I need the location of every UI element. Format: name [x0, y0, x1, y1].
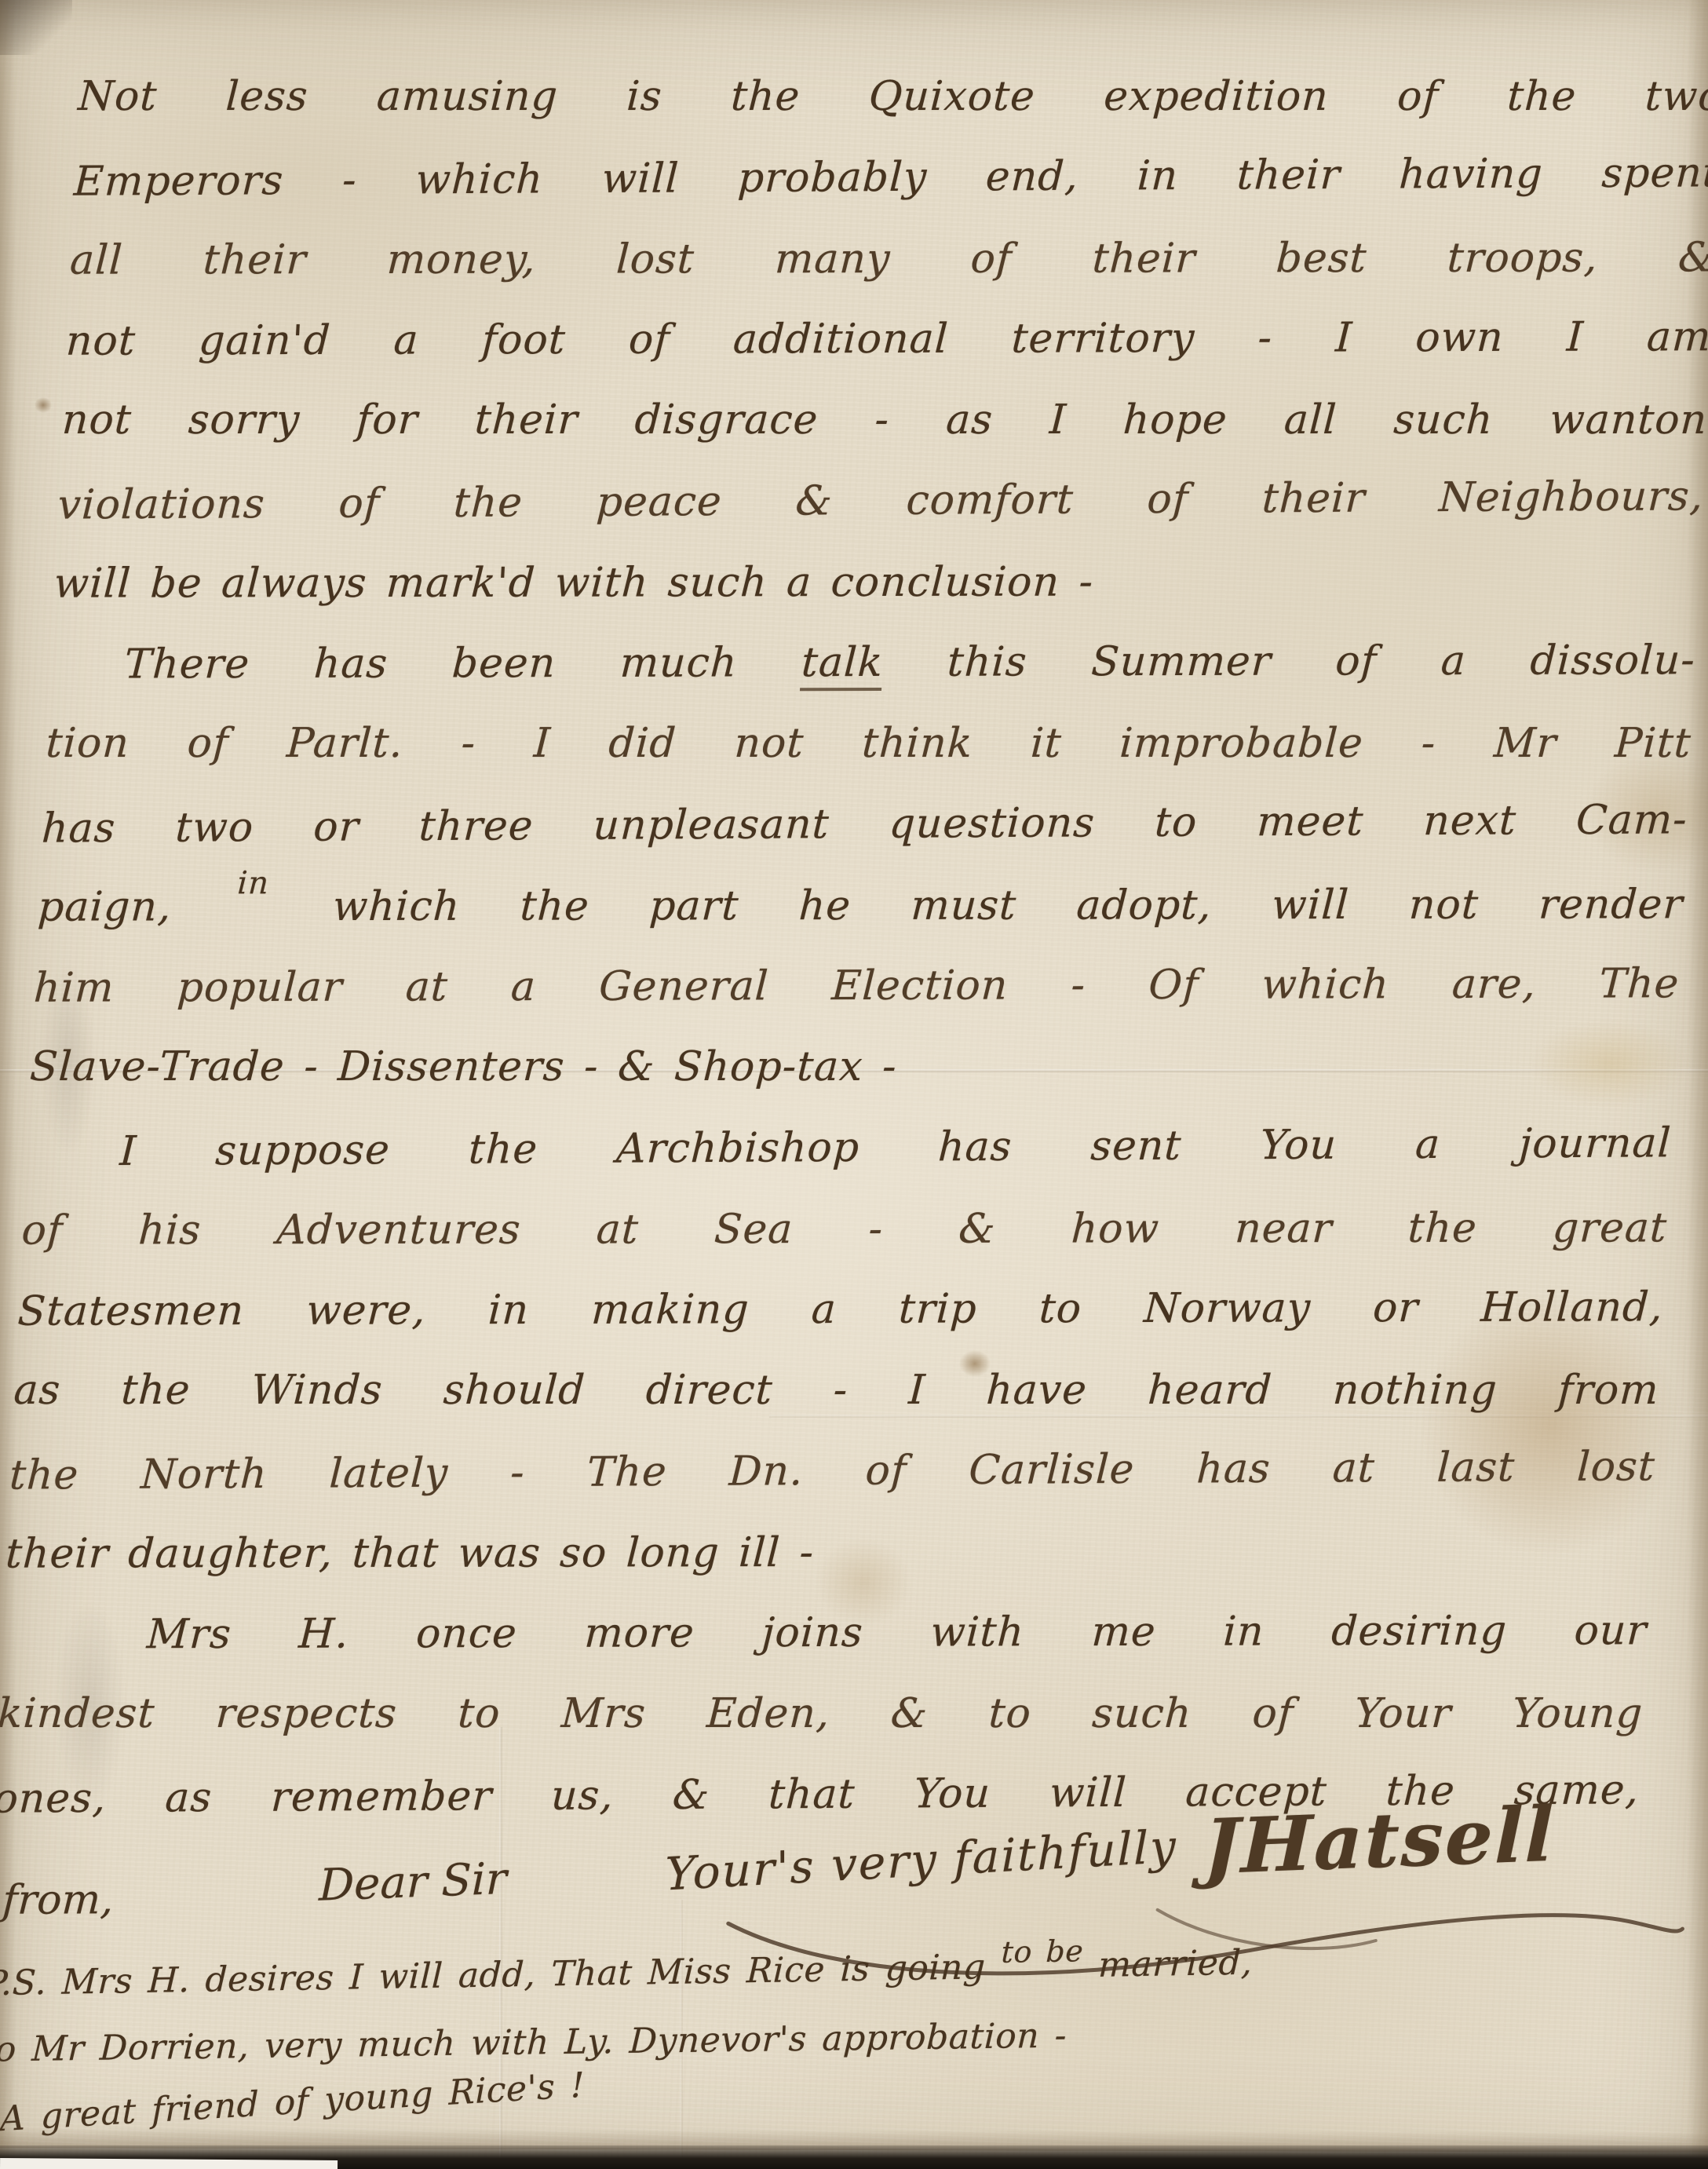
line-text: paign,	[37, 883, 173, 930]
letter-line: Not less amusing is the Quixote expediti…	[76, 57, 1708, 137]
ps-raised-words: to be	[1000, 1916, 1085, 1987]
letter-line: has two or three unpleasant questions to…	[40, 780, 1689, 869]
letter-line: the North lately - The Dn. of Carlisle h…	[8, 1426, 1657, 1516]
letter-line: of his Adventures at Sea - & how near th…	[20, 1188, 1669, 1271]
ps-text: married,	[1097, 1943, 1253, 1985]
closing-valediction: Your's very faithfully	[665, 1820, 1177, 1901]
letter-line: Mrs H. once more joins with me in desiri…	[0, 1590, 1649, 1675]
letter-line-paragraph-end: their daughter, that was so long ill -	[4, 1511, 1653, 1594]
letter-line: Statesmen were, in making a trip to Norw…	[16, 1267, 1665, 1352]
inserted-word-above-line: in	[236, 867, 270, 899]
scan-backing-sliver	[0, 2158, 338, 2169]
closing-salutation: Dear Sir	[319, 1853, 507, 1912]
letter-line: not gain'd a foot of additional territor…	[64, 297, 1708, 382]
signature: JHatsell	[1203, 1790, 1556, 1892]
letter-line: all their money, lost many of their best…	[68, 217, 1708, 301]
closing-from: from,	[2, 1876, 115, 1923]
letter-line: as the Winds should direct - I have hear…	[12, 1350, 1661, 1431]
letter-line: not sorry for their disgrace - as I hope…	[60, 380, 1708, 461]
letter-line: tion of Parlt. - I did not think it impr…	[44, 703, 1693, 784]
line-text: this Summer of a dissolu-	[946, 637, 1696, 685]
letter-line: violations of the peace & comfort of the…	[56, 456, 1705, 546]
line-text: There has been much	[123, 639, 739, 688]
letter-line-with-insertion: paign, in which the part he must adopt, …	[36, 864, 1685, 948]
letter-line: I suppose the Archbishop has sent You a …	[24, 1103, 1673, 1192]
letter-line: Emperors - which will probably end, in t…	[72, 133, 1708, 222]
letter-line: him popular at a General Election - Of w…	[32, 944, 1681, 1028]
ps-text: P.S. Mrs H. desires I will add, That Mis…	[0, 1947, 986, 2003]
letter-page: Not less amusing is the Quixote expediti…	[0, 0, 1708, 2169]
line-text: which the part he must adopt, will not r…	[331, 881, 1684, 930]
letter-body: Not less amusing is the Quixote expediti…	[0, 0, 1708, 2076]
underlined-word: talk	[800, 639, 884, 691]
letter-line-with-underline: There has been much talk this Summer of …	[48, 620, 1697, 705]
letter-line-paragraph-end: will be always mark'd with such a conclu…	[52, 541, 1701, 624]
letter-line: kindest respects to Mrs Eden, & to such …	[0, 1674, 1645, 1755]
letter-line-paragraph-end: Slave-Trade - Dissenters - & Shop-tax -	[27, 1027, 1677, 1108]
